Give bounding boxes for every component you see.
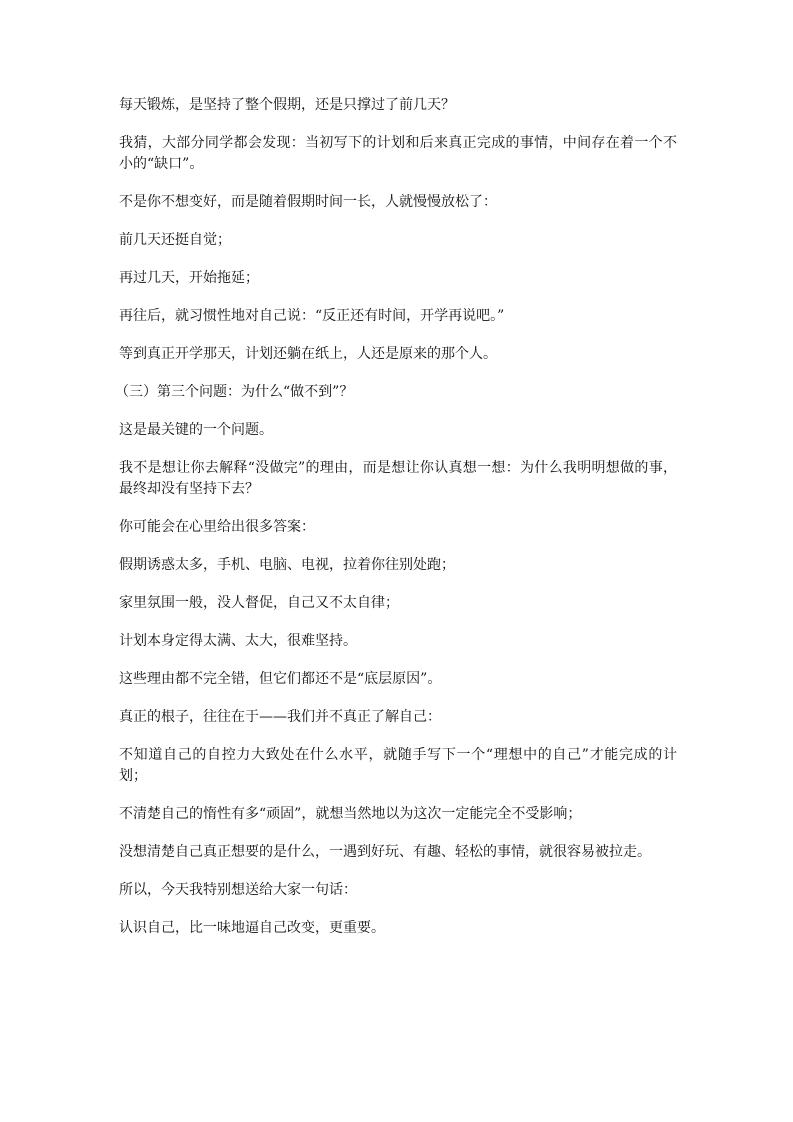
paragraph-home: 家里氛围一般，没人督促，自己又不太自律； [119,593,677,614]
paragraph-gap: 我猜，大部分同学都会发现：当初写下的计划和后来真正完成的事情，中间存在着一个不小… [119,133,677,175]
paragraph-key-message: 认识自己，比一味地逼自己改变，更重要。 [119,918,677,939]
paragraph-plan-too-big: 计划本身定得太满、太大，很难坚持。 [119,631,677,652]
paragraph-reflect: 我不是想让你去解释“没做完”的理由，而是想让你认真想一想：为什么我明明想做的事，… [119,458,677,500]
paragraph-first-days: 前几天还挺自觉； [119,230,677,251]
paragraph-school-starts: 等到真正开学那天，计划还躺在纸上，人还是原来的那个人。 [119,344,677,365]
document-page: 每天锻炼，是坚持了整个假期，还是只撑过了前几天？ 我猜，大部分同学都会发现：当初… [119,95,677,956]
paragraph-key-question: 这是最关键的一个问题。 [119,420,677,441]
paragraph-answers: 你可能会在心里给出很多答案： [119,517,677,538]
paragraph-procrastinate: 再过几天，开始拖延； [119,268,677,289]
paragraph-true-wants: 没想清楚自己真正想要的是什么，一遇到好玩、有趣、轻松的事情，就很容易被拉走。 [119,842,677,863]
paragraph-message-intro: 所以，今天我特别想送给大家一句话： [119,880,677,901]
paragraph-root-cause: 真正的根子，往往在于——我们并不真正了解自己： [119,707,677,728]
paragraph-self-control: 不知道自己的自控力大致处在什么水平，就随手写下一个“理想中的自己”才能完成的计划… [119,745,677,787]
paragraph-not-root: 这些理由都不完全错，但它们都还不是“底层原因”。 [119,669,677,690]
paragraph-later: 再往后，就习惯性地对自己说：“反正还有时间，开学再说吧。” [119,306,677,327]
section-heading-third-question: （三）第三个问题：为什么“做不到”？ [115,382,677,403]
paragraph-temptation: 假期诱惑太多，手机、电脑、电视，拉着你往别处跑； [119,555,677,576]
paragraph-relax: 不是你不想变好，而是随着假期时间一长，人就慢慢放松了： [119,192,677,213]
paragraph-question-exercise: 每天锻炼，是坚持了整个假期，还是只撑过了前几天？ [119,95,677,116]
paragraph-inertia: 不清楚自己的惰性有多“顽固”，就想当然地以为这次一定能完全不受影响； [119,804,677,825]
